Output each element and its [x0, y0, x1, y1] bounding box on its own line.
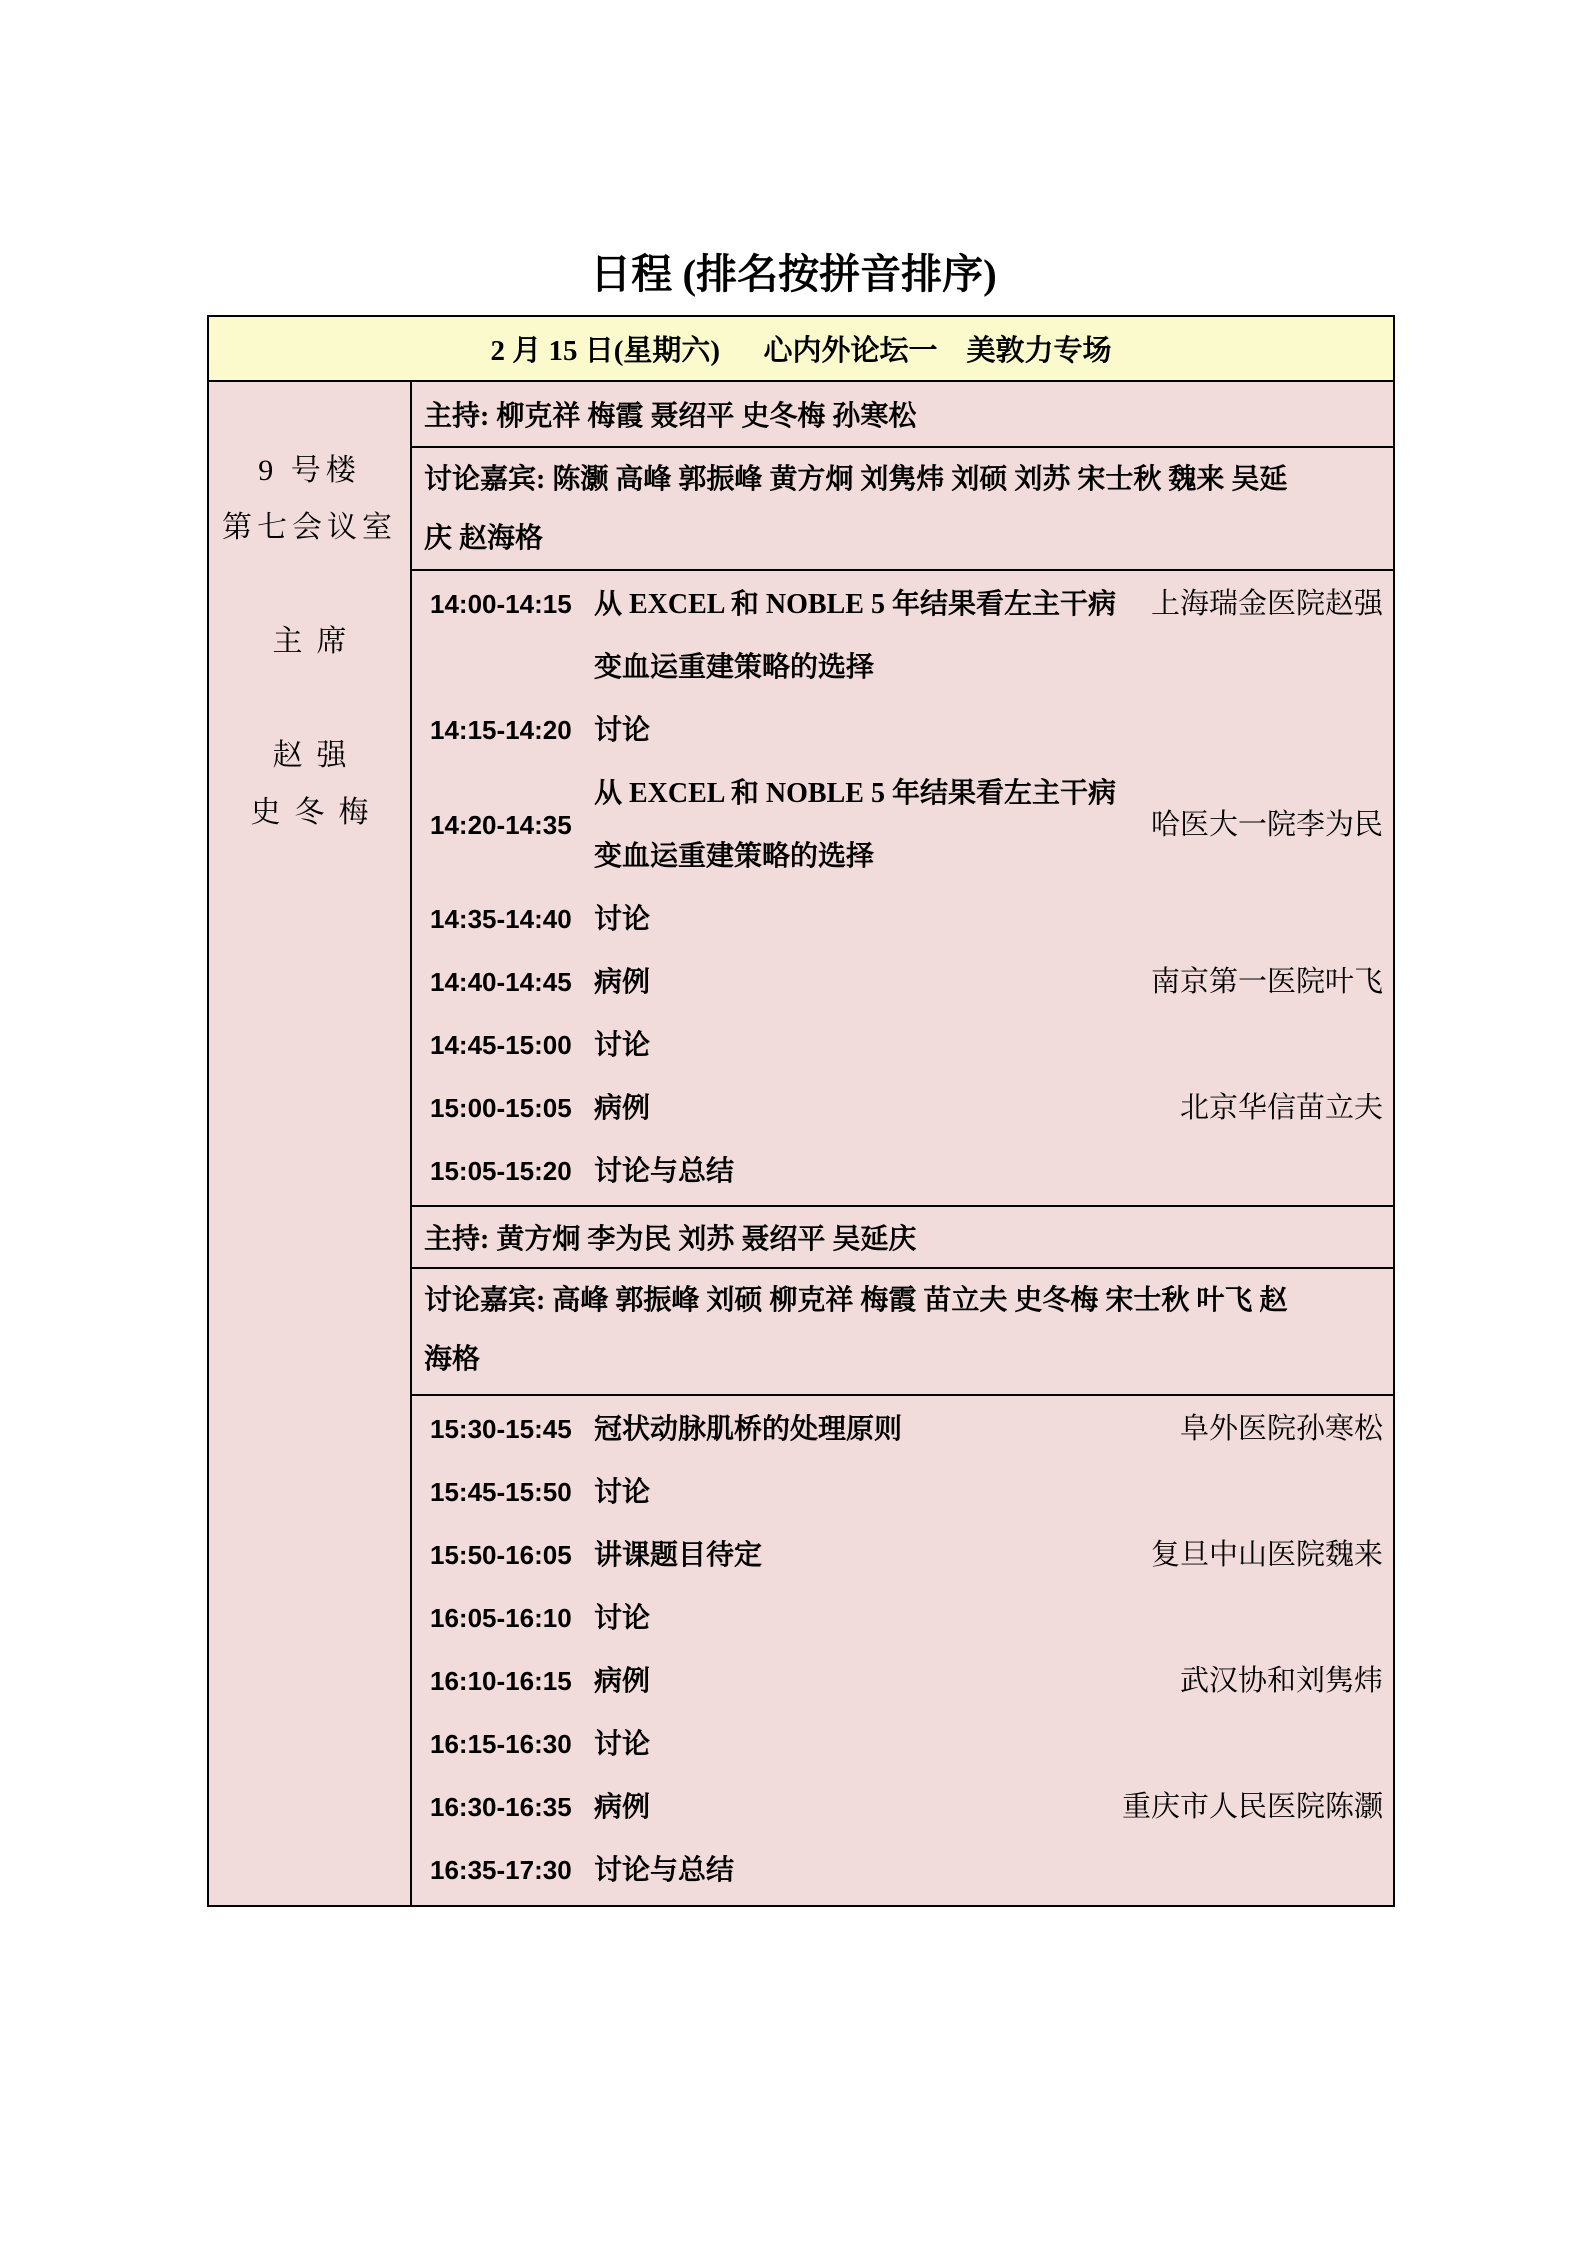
table-body: 9 号楼 第七会议室 主席 赵强 史冬梅 主持: 柳克祥 梅霞 聂绍平 史冬梅 …: [209, 382, 1393, 1905]
entry-topic: 讨论: [594, 699, 1383, 762]
guests-line: 庆 赵海格: [424, 509, 1393, 568]
schedule-entry: 15:30-15:45 冠状动脉肌桥的处理原则 阜外医院孙寒松: [412, 1398, 1393, 1461]
entry-topic-line: 病例: [594, 1650, 1180, 1713]
entry-topic-line: 从 EXCEL 和 NOBLE 5 年结果看左主干病: [594, 573, 1151, 636]
entry-speaker: 南京第一医院叶飞: [1151, 951, 1393, 1014]
entry-topic: 从 EXCEL 和 NOBLE 5 年结果看左主干病 变血运重建策略的选择: [594, 573, 1151, 699]
entry-topic-line: 讲课题目待定: [594, 1524, 1151, 1587]
entry-time: 14:40-14:45: [412, 951, 594, 1014]
entry-topic-line: 冠状动脉肌桥的处理原则: [594, 1398, 1180, 1461]
entry-time: 15:45-15:50: [412, 1461, 594, 1524]
entry-time: 14:35-14:40: [412, 888, 594, 951]
entry-time: 16:05-16:10: [412, 1587, 594, 1650]
entry-topic: 病例: [594, 1776, 1122, 1839]
entry-time: 15:30-15:45: [412, 1398, 594, 1461]
venue-line-blank: [209, 556, 410, 613]
entry-speaker: 重庆市人民医院陈灏: [1122, 1776, 1393, 1839]
schedule-entry: 15:50-16:05 讲课题目待定 复旦中山医院魏来: [412, 1524, 1393, 1587]
guests-line: 讨论嘉宾: 陈灏 高峰 郭振峰 黄方炯 刘隽炜 刘硕 刘苏 宋士秋 魏来 吴延: [424, 450, 1393, 509]
schedule-entry: 14:40-14:45 病例 南京第一医院叶飞: [412, 951, 1393, 1014]
schedule-entry: 14:20-14:35 从 EXCEL 和 NOBLE 5 年结果看左主干病 变…: [412, 762, 1393, 888]
entry-topic-line: 变血运重建策略的选择: [594, 825, 1151, 888]
entry-time: 14:15-14:20: [412, 699, 594, 762]
entry-time: 16:10-16:15: [412, 1650, 594, 1713]
entry-topic-line: 从 EXCEL 和 NOBLE 5 年结果看左主干病: [594, 762, 1151, 825]
schedule-table: 2 月 15 日(星期六) 心内外论坛一 美敦力专场 9 号楼 第七会议室 主席…: [207, 315, 1395, 1907]
venue-line-blank: [209, 670, 410, 727]
venue-line-chairman-label: 主席: [209, 613, 410, 670]
entry-speaker: 哈医大一院李为民: [1151, 794, 1393, 857]
entry-topic-line: 讨论: [594, 1713, 1383, 1776]
venue-line-building: 9 号楼: [209, 442, 410, 499]
entry-topic: 讨论与总结: [594, 1140, 1383, 1203]
schedule-entry: 16:05-16:10 讨论: [412, 1587, 1393, 1650]
entry-topic-line: 讨论: [594, 699, 1383, 762]
entry-topic-line: 讨论: [594, 888, 1383, 951]
entry-speaker: 武汉协和刘隽炜: [1180, 1650, 1393, 1713]
entry-topic: 讨论: [594, 1014, 1383, 1077]
agenda-column: 主持: 柳克祥 梅霞 聂绍平 史冬梅 孙寒松 讨论嘉宾: 陈灏 高峰 郭振峰 黄…: [412, 382, 1393, 1905]
entry-topic-line: 讨论: [594, 1461, 1383, 1524]
schedule-entry: 16:15-16:30 讨论: [412, 1713, 1393, 1776]
entry-topic-line: 变血运重建策略的选择: [594, 636, 1151, 699]
guests-line: 讨论嘉宾: 高峰 郭振峰 刘硕 柳克祥 梅霞 苗立夫 史冬梅 宋士秋 叶飞 赵: [424, 1271, 1393, 1330]
entry-topic: 从 EXCEL 和 NOBLE 5 年结果看左主干病 变血运重建策略的选择: [594, 762, 1151, 888]
guests-row-session1: 讨论嘉宾: 陈灏 高峰 郭振峰 黄方炯 刘隽炜 刘硕 刘苏 宋士秋 魏来 吴延 …: [412, 448, 1393, 571]
entry-speaker: 阜外医院孙寒松: [1180, 1398, 1393, 1461]
entry-topic: 讨论: [594, 1713, 1383, 1776]
entry-topic: 病例: [594, 1650, 1180, 1713]
entry-topic: 冠状动脉肌桥的处理原则: [594, 1398, 1180, 1461]
entry-topic: 讨论: [594, 888, 1383, 951]
venue-line-chairman-2: 史冬梅: [209, 784, 410, 841]
schedule-entry: 15:05-15:20 讨论与总结: [412, 1140, 1393, 1203]
venue-cell: 9 号楼 第七会议室 主席 赵强 史冬梅: [209, 382, 412, 1905]
entry-speaker: 北京华信苗立夫: [1180, 1077, 1393, 1140]
entry-topic-line: 讨论: [594, 1587, 1383, 1650]
entry-topic-line: 病例: [594, 1077, 1180, 1140]
schedule-entry: 16:35-17:30 讨论与总结: [412, 1839, 1393, 1902]
guests-line: 海格: [424, 1330, 1393, 1389]
schedule-entry: 16:10-16:15 病例 武汉协和刘隽炜: [412, 1650, 1393, 1713]
entry-topic: 讲课题目待定: [594, 1524, 1151, 1587]
schedule-cell-session2: 15:30-15:45 冠状动脉肌桥的处理原则 阜外医院孙寒松 15:45-15…: [412, 1396, 1393, 1905]
schedule-cell-session1: 14:00-14:15 从 EXCEL 和 NOBLE 5 年结果看左主干病 变…: [412, 571, 1393, 1207]
entry-topic: 病例: [594, 1077, 1180, 1140]
entry-topic-line: 讨论: [594, 1014, 1383, 1077]
schedule-entry: 14:15-14:20 讨论: [412, 699, 1393, 762]
entry-topic: 讨论与总结: [594, 1839, 1383, 1902]
schedule-entry: 16:30-16:35 病例 重庆市人民医院陈灏: [412, 1776, 1393, 1839]
guests-row-session2: 讨论嘉宾: 高峰 郭振峰 刘硕 柳克祥 梅霞 苗立夫 史冬梅 宋士秋 叶飞 赵 …: [412, 1269, 1393, 1396]
entry-topic: 讨论: [594, 1587, 1383, 1650]
entry-topic-line: 病例: [594, 1776, 1122, 1839]
schedule-entry: 14:45-15:00 讨论: [412, 1014, 1393, 1077]
entry-time: 15:50-16:05: [412, 1524, 594, 1587]
page-title: 日程 (排名按拼音排序): [0, 241, 1587, 300]
entry-time: 16:35-17:30: [412, 1839, 594, 1902]
entry-topic-line: 讨论与总结: [594, 1839, 1383, 1902]
entry-topic: 病例: [594, 951, 1151, 1014]
schedule-entry: 15:00-15:05 病例 北京华信苗立夫: [412, 1077, 1393, 1140]
entry-time: 14:45-15:00: [412, 1014, 594, 1077]
entry-speaker: 复旦中山医院魏来: [1151, 1524, 1393, 1587]
schedule-entry: 14:00-14:15 从 EXCEL 和 NOBLE 5 年结果看左主干病 变…: [412, 573, 1393, 699]
schedule-entry: 14:35-14:40 讨论: [412, 888, 1393, 951]
session-date-header: 2 月 15 日(星期六) 心内外论坛一 美敦力专场: [209, 317, 1393, 382]
entry-time: 16:15-16:30: [412, 1713, 594, 1776]
entry-time: 16:30-16:35: [412, 1776, 594, 1839]
entry-time: 14:00-14:15: [412, 573, 594, 636]
venue-line-chairman-1: 赵强: [209, 727, 410, 784]
entry-time: 15:05-15:20: [412, 1140, 594, 1203]
entry-topic: 讨论: [594, 1461, 1383, 1524]
chairs-row-session2: 主持: 黄方炯 李为民 刘苏 聂绍平 吴延庆: [412, 1207, 1393, 1269]
entry-time: 14:20-14:35: [412, 794, 594, 857]
schedule-entry: 15:45-15:50 讨论: [412, 1461, 1393, 1524]
venue-line-room: 第七会议室: [209, 499, 410, 556]
entry-topic-line: 病例: [594, 951, 1151, 1014]
chairs-row-session1: 主持: 柳克祥 梅霞 聂绍平 史冬梅 孙寒松: [412, 382, 1393, 448]
entry-speaker: 上海瑞金医院赵强: [1151, 573, 1393, 636]
entry-time: 15:00-15:05: [412, 1077, 594, 1140]
entry-topic-line: 讨论与总结: [594, 1140, 1383, 1203]
